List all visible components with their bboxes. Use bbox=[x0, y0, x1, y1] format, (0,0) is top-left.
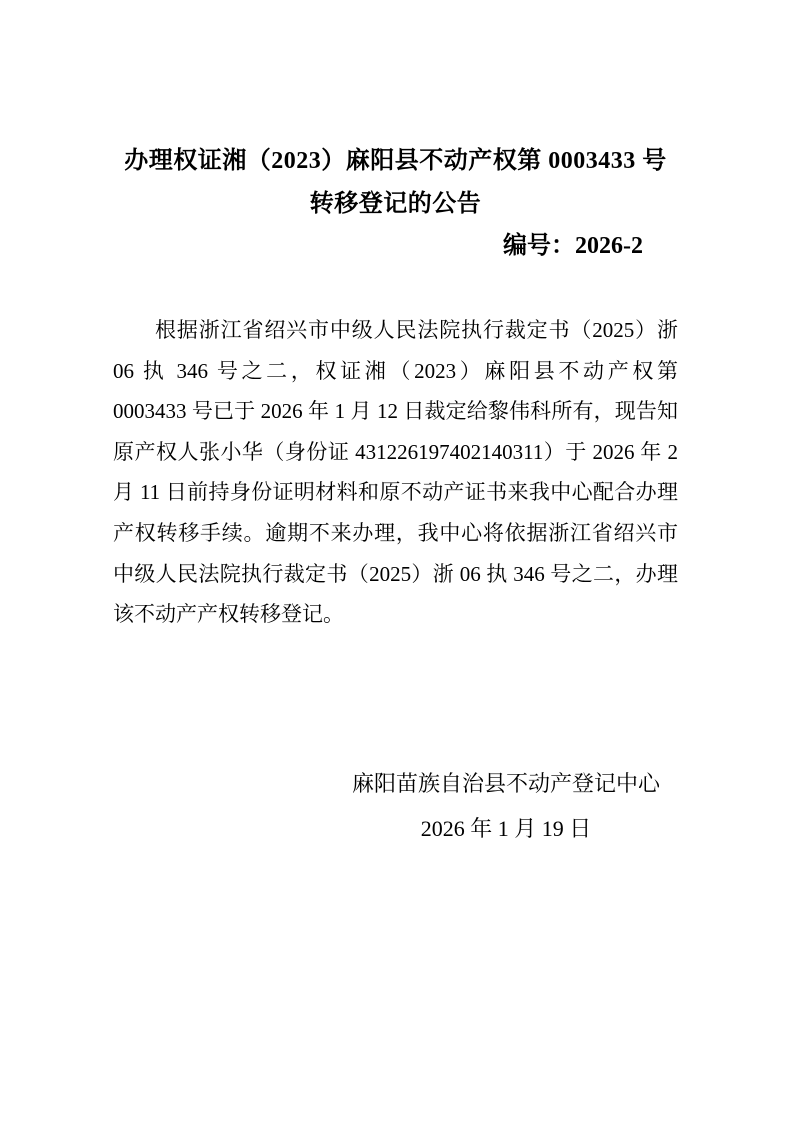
issuer-name: 麻阳苗族自治县不动产登记中心 bbox=[352, 761, 660, 806]
notice-number: 编号：2026-2 bbox=[113, 226, 678, 266]
notice-title: 办理权证湘（2023）麻阳县不动产权第 0003433 号转移登记的公告 bbox=[113, 140, 678, 226]
signature-block: 麻阳苗族自治县不动产登记中心 2026 年 1 月 19 日 bbox=[113, 761, 678, 851]
issue-date: 2026 年 1 月 19 日 bbox=[352, 806, 660, 851]
document-page: 办理权证湘（2023）麻阳县不动产权第 0003433 号转移登记的公告 编号：… bbox=[0, 0, 793, 1122]
notice-body: 根据浙江省绍兴市中级人民法院执行裁定书（2025）浙 06 执 346 号之二，… bbox=[113, 310, 678, 635]
signature-inner: 麻阳苗族自治县不动产登记中心 2026 年 1 月 19 日 bbox=[352, 761, 660, 851]
